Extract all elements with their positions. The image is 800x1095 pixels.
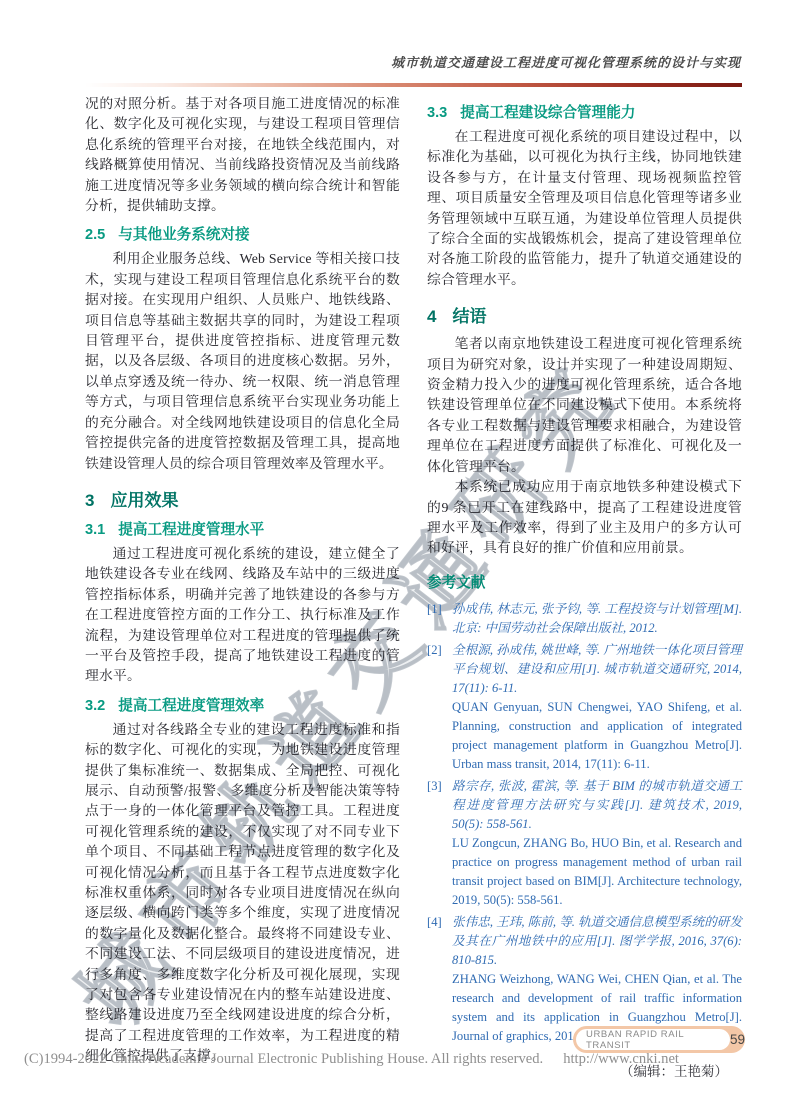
paragraph: 通过对各线路全专业的建设工程进度标准和指标的数字化、可视化的实现，为地铁建设进度…	[85, 720, 400, 1067]
reference-text-zh: 路宗存, 张波, 霍滨, 等. 基于 BIM 的城市轨道交通工程进度管理方法研究…	[452, 777, 742, 834]
section-number: 3	[85, 491, 94, 511]
reference-number: [2]	[427, 641, 452, 774]
header-rule	[85, 83, 742, 87]
references-heading: 参考文献	[427, 571, 742, 592]
reference-text-en: QUAN Genyuan, SUN Chengwei, YAO Shifeng,…	[452, 698, 742, 774]
section-number: 3.3	[427, 105, 447, 121]
copyright-text: (C)1994-2022 China Academic Journal Elec…	[24, 1051, 543, 1067]
reference-text-zh: 张伟忠, 王玮, 陈前, 等. 轨道交通信息模型系统的研发及其在广州地铁中的应用…	[452, 913, 742, 970]
article-body: 况的对照分析。基于对各项目施工进度情况的标准化、数字化及可视化实现，与建设工程项…	[85, 94, 742, 1080]
paragraph: 在工程进度可视化系统的项目建设过程中，以标准化为基础，以可视化为执行主线，协同地…	[427, 127, 742, 290]
journal-badge: URBAN RAPID RAIL TRANSIT 59	[573, 1026, 745, 1053]
references-list: [1] 孙成伟, 林志元, 张予钧, 等. 工程投资与计划管理[M]. 北京: …	[427, 600, 742, 1046]
section-number: 2.5	[85, 227, 105, 243]
journal-name-label: URBAN RAPID RAIL TRANSIT	[576, 1029, 730, 1050]
reference-item: [3] 路宗存, 张波, 霍滨, 等. 基于 BIM 的城市轨道交通工程进度管理…	[427, 777, 742, 910]
section-title: 与其他业务系统对接	[118, 223, 249, 244]
section-heading-3-2: 3.2 提高工程进度管理效率	[85, 694, 400, 715]
right-column: 3.3 提高工程建设综合管理能力 在工程进度可视化系统的项目建设过程中，以标准化…	[427, 94, 742, 1080]
left-column: 况的对照分析。基于对各项目施工进度情况的标准化、数字化及可视化实现，与建设工程项…	[85, 94, 400, 1080]
section-number: 3.2	[85, 698, 105, 714]
section-heading-4: 4 结语	[427, 302, 742, 327]
section-heading-3-1: 3.1 提高工程进度管理水平	[85, 518, 400, 539]
reference-text-en: LU Zongcun, ZHANG Bo, HUO Bin, et al. Re…	[452, 834, 742, 910]
reference-number: [1]	[427, 600, 452, 638]
paragraph-continuation: 况的对照分析。基于对各项目施工进度情况的标准化、数字化及可视化实现，与建设工程项…	[85, 94, 400, 216]
paragraph: 笔者以南京地铁建设工程进度可视化管理系统项目为研究对象，设计并实现了一种建设周期…	[427, 334, 742, 477]
reference-text-zh: 全根源, 孙成伟, 姚世峰, 等. 广州地铁一体化项目管理平台规划、建设和应用[…	[452, 641, 742, 698]
section-heading-3-3: 3.3 提高工程建设综合管理能力	[427, 101, 742, 122]
section-number: 4	[427, 307, 436, 327]
paragraph: 本系统已成功应用于南京地铁多种建设模式下的9 条已开工在建线路中，提高了工程建设…	[427, 477, 742, 559]
section-title: 应用效果	[110, 486, 178, 511]
section-title: 提高工程进度管理效率	[118, 694, 264, 715]
section-title: 提高工程建设综合管理能力	[460, 101, 635, 122]
copyright-line: (C)1994-2022 China Academic Journal Elec…	[24, 1051, 679, 1068]
reference-text-zh: 孙成伟, 林志元, 张予钧, 等. 工程投资与计划管理[M]. 北京: 中国劳动…	[452, 600, 742, 638]
paper-page: 城市轨道交通研究 城市轨道交通建设工程进度可视化管理系统的设计与实现 况的对照分…	[0, 0, 800, 1095]
reference-item: [2] 全根源, 孙成伟, 姚世峰, 等. 广州地铁一体化项目管理平台规划、建设…	[427, 641, 742, 774]
section-title: 提高工程进度管理水平	[118, 518, 264, 539]
running-title: 城市轨道交通建设工程进度可视化管理系统的设计与实现	[85, 52, 741, 71]
reference-item: [1] 孙成伟, 林志元, 张予钧, 等. 工程投资与计划管理[M]. 北京: …	[427, 600, 742, 638]
paragraph: 通过工程进度可视化系统的建设，建立健全了地铁建设各专业在线网、线路及车站中的三级…	[85, 544, 400, 687]
section-heading-2-5: 2.5 与其他业务系统对接	[85, 223, 400, 244]
cnki-url: http://www.cnki.net	[563, 1051, 679, 1067]
section-title: 结语	[452, 302, 486, 327]
paragraph: 利用企业服务总线、Web Service 等相关接口技术，实现与建设工程项目管理…	[85, 249, 400, 473]
reference-number: [3]	[427, 777, 452, 910]
page-number: 59	[730, 1032, 745, 1047]
section-heading-3: 3 应用效果	[85, 486, 400, 511]
section-number: 3.1	[85, 522, 105, 538]
reference-number: [4]	[427, 913, 452, 1046]
